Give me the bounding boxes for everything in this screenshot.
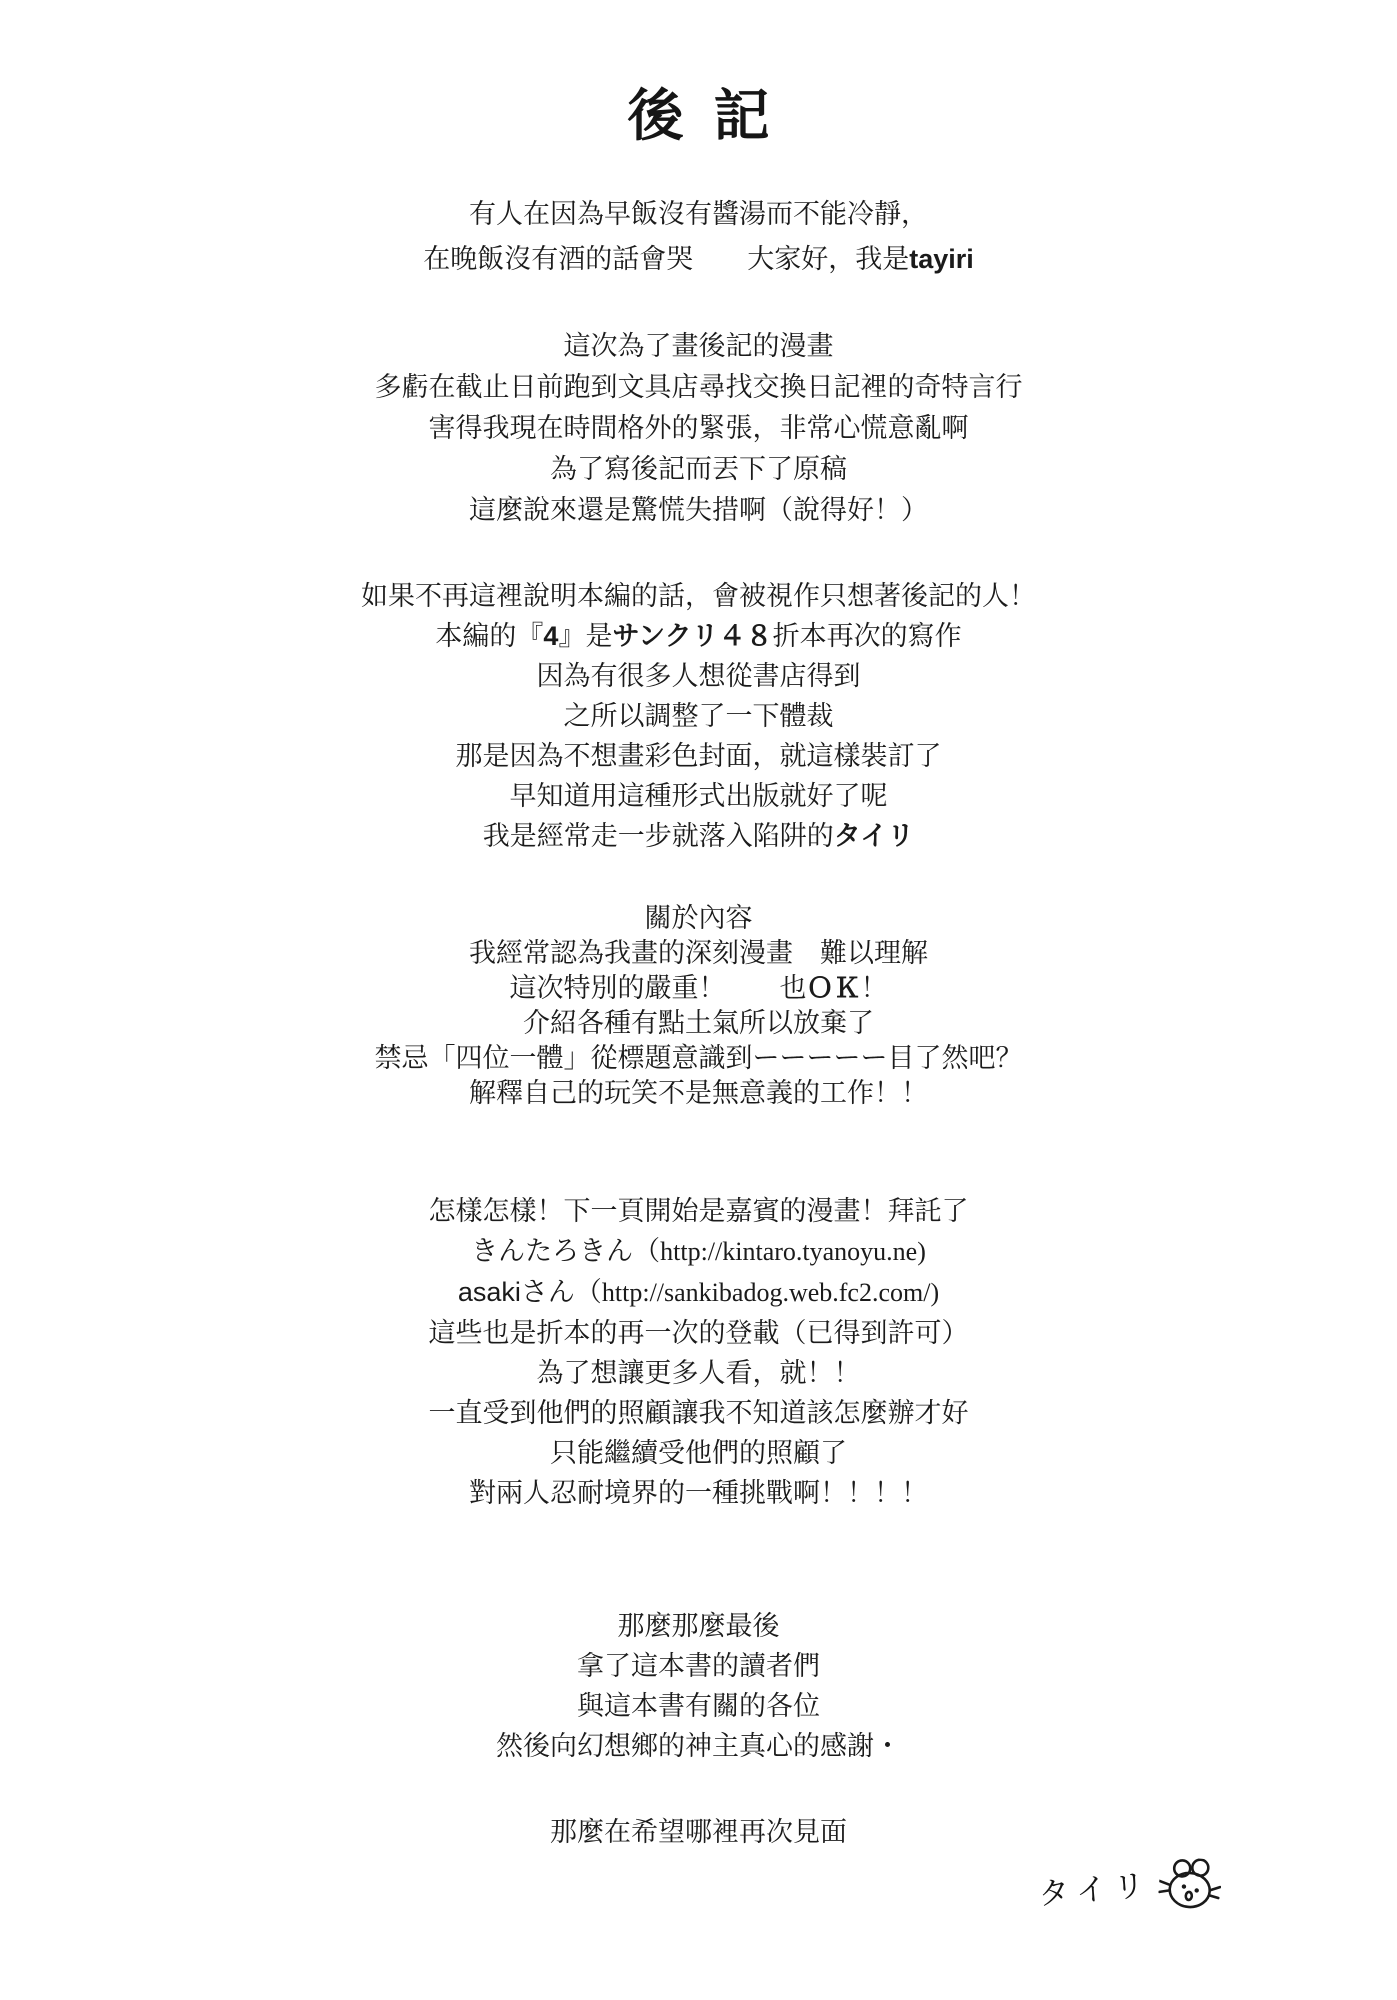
text-segment: 拿了這本書的讀者們: [577, 1651, 820, 1681]
text-segment: 關於內容: [645, 903, 753, 933]
text-line: 之所以調整了一下體裁: [0, 696, 1397, 736]
text-line: 本編的『4』是サンクリ４８折本再次的寫作: [0, 616, 1397, 656]
text-segment: 一直受到他們的照顧讓我不知道該怎麼辦才好: [429, 1398, 969, 1428]
text-line: 一直受到他們的照顧讓我不知道該怎麼辦才好: [0, 1393, 1397, 1433]
text-line: 有人在因為早飯沒有醬湯而不能冷靜，: [0, 192, 1397, 237]
text-segment: 4: [543, 621, 558, 651]
text-segment: 只能繼續受他們的照顧了: [550, 1438, 847, 1468]
text-segment: 本編的『: [435, 621, 543, 651]
text-segment: 為了寫後記而丟下了原稿: [550, 454, 847, 484]
text-line: 關於內容: [0, 901, 1397, 936]
text-segment: 對兩人忍耐境界的一種挑戰啊！！！！: [469, 1478, 928, 1508]
text-segment: 介紹各種有點土氣所以放棄了: [523, 1008, 874, 1038]
text-segment: 早知道用這種形式出版就好了呢: [510, 781, 888, 811]
text-line: 我經常認為我畫的深刻漫畫 難以理解: [0, 936, 1397, 971]
text-line: 禁忌「四位一體」從標題意識到ーーーーー目了然吧？: [0, 1041, 1397, 1076]
text-line: 這次特別的嚴重！ 也ＯＫ！: [0, 971, 1397, 1006]
text-segment: 為了想讓更多人看，就！！: [537, 1358, 861, 1388]
text-segment: asakiさん（: [458, 1277, 602, 1307]
text-segment: ＯＫ: [807, 973, 861, 1003]
text-segment: 那是因為不想畫彩色封面，就這樣裝訂了: [456, 741, 942, 771]
text-line: 多虧在截止日前跑到文具店尋找交換日記裡的奇特言行: [0, 367, 1397, 408]
text-segment: 那麼在希望哪裡再次見面: [550, 1817, 847, 1847]
text-segment: 這次特別的嚴重！ 也: [510, 973, 807, 1003]
text-segment: 然後向幻想鄉的神主真心的感謝・: [496, 1731, 901, 1761]
text-segment: 之所以調整了一下體裁: [564, 701, 834, 731]
text-segment: 這麼說來還是驚慌失措啊（說得好！）: [469, 495, 928, 525]
guest-artists-paragraph: 怎樣怎樣！下一頁開始是嘉賓的漫畫！拜託了きんたろきん（http://kintar…: [0, 1191, 1397, 1513]
text-segment: サンクリ４８: [612, 621, 772, 651]
text-segment: ！: [861, 973, 888, 1003]
main-story-paragraph: 如果不再這裡說明本編的話，會被視作只想著後記的人！本編的『4』是サンクリ４８折本…: [0, 576, 1397, 856]
content-paragraph: 關於內容我經常認為我畫的深刻漫畫 難以理解這次特別的嚴重！ 也ＯＫ！介紹各種有點…: [0, 901, 1397, 1111]
text-line: 那麼那麼最後: [0, 1606, 1397, 1646]
text-segment: http://sankibadog.web.fc2.com/): [602, 1278, 939, 1307]
text-segment: タイリ: [834, 821, 914, 851]
text-segment: 這次為了畫後記的漫畫: [564, 331, 834, 361]
page-title: 後記: [0, 72, 1397, 152]
text-line: 那是因為不想畫彩色封面，就這樣裝訂了: [0, 736, 1397, 776]
text-segment: 如果不再這裡說明本編的話，會被視作只想著後記的人！: [361, 581, 1036, 611]
intro-paragraph: 有人在因為早飯沒有醬湯而不能冷靜，在晚飯沒有酒的話會哭 大家好，我是tayiri: [0, 192, 1397, 282]
text-line: 怎樣怎樣！下一頁開始是嘉賓的漫畫！拜託了: [0, 1191, 1397, 1231]
thanks-paragraph: 那麼那麼最後拿了這本書的讀者們與這本書有關的各位然後向幻想鄉的神主真心的感謝・: [0, 1606, 1397, 1766]
text-segment: 因為有很多人想從書店得到: [537, 661, 861, 691]
text-line: 介紹各種有點土氣所以放棄了: [0, 1006, 1397, 1041]
text-line: 這次為了畫後記的漫畫: [0, 326, 1397, 367]
text-line: 為了寫後記而丟下了原稿: [0, 449, 1397, 490]
farewell-paragraph: 那麼在希望哪裡再次見面: [0, 1812, 1397, 1852]
text-line: asakiさん（http://sankibadog.web.fc2.com/): [0, 1272, 1397, 1313]
signature: タイリ: [1038, 1858, 1221, 1914]
text-segment: 怎樣怎樣！下一頁開始是嘉賓的漫畫！拜託了: [429, 1196, 969, 1226]
mouse-doodle-icon: [1158, 1856, 1224, 1916]
text-segment: 我經常認為我畫的深刻漫畫 難以理解: [469, 938, 928, 968]
signature-name: タイリ: [1036, 1859, 1153, 1914]
text-line: きんたろきん（http://kintaro.tyanoyu.ne): [0, 1231, 1397, 1272]
text-segment: 解釋自己的玩笑不是無意義的工作！！: [469, 1078, 928, 1108]
text-line: 只能繼續受他們的照顧了: [0, 1433, 1397, 1473]
text-line: 與這本書有關的各位: [0, 1686, 1397, 1726]
text-segment: 我是經常走一步就落入陷阱的: [483, 821, 834, 851]
text-segment: 那麼那麼最後: [618, 1611, 780, 1641]
text-line: 為了想讓更多人看，就！！: [0, 1353, 1397, 1393]
afterword-page: 後記 有人在因為早飯沒有醬湯而不能冷靜，在晚飯沒有酒的話會哭 大家好，我是tay…: [0, 0, 1397, 2000]
text-line: 害得我現在時間格外的緊張，非常心慌意亂啊: [0, 408, 1397, 449]
text-line: 然後向幻想鄉的神主真心的感謝・: [0, 1726, 1397, 1766]
text-line: 這些也是折本的再一次的登載（已得到許可）: [0, 1313, 1397, 1353]
text-segment: http://kintaro.tyanoyu.ne): [660, 1237, 926, 1266]
text-segment: 這些也是折本的再一次的登載（已得到許可）: [429, 1318, 969, 1348]
text-segment: 害得我現在時間格外的緊張，非常心慌意亂啊: [429, 413, 969, 443]
text-segment: 有人在因為早飯沒有醬湯而不能冷靜，: [469, 199, 928, 229]
text-segment: きんたろきん（: [471, 1236, 660, 1266]
text-line: 早知道用這種形式出版就好了呢: [0, 776, 1397, 816]
text-line: 拿了這本書的讀者們: [0, 1646, 1397, 1686]
text-segment: 』是: [558, 621, 612, 651]
text-line: 因為有很多人想從書店得到: [0, 656, 1397, 696]
text-segment: 多虧在截止日前跑到文具店尋找交換日記裡的奇特言行: [375, 372, 1023, 402]
text-line: 我是經常走一步就落入陷阱的タイリ: [0, 816, 1397, 856]
text-segment: tayiri: [909, 244, 974, 274]
text-segment: 與這本書有關的各位: [577, 1691, 820, 1721]
text-line: 那麼在希望哪裡再次見面: [0, 1812, 1397, 1852]
text-line: 如果不再這裡說明本編的話，會被視作只想著後記的人！: [0, 576, 1397, 616]
text-line: 解釋自己的玩笑不是無意義的工作！！: [0, 1076, 1397, 1111]
text-line: 這麼說來還是驚慌失措啊（說得好！）: [0, 490, 1397, 531]
text-line: 在晚飯沒有酒的話會哭 大家好，我是tayiri: [0, 237, 1397, 282]
text-segment: 折本再次的寫作: [773, 621, 962, 651]
text-segment: 禁忌「四位一體」從標題意識到ーーーーー目了然吧？: [375, 1043, 1023, 1073]
text-line: 對兩人忍耐境界的一種挑戰啊！！！！: [0, 1473, 1397, 1513]
deadline-paragraph: 這次為了畫後記的漫畫多虧在截止日前跑到文具店尋找交換日記裡的奇特言行害得我現在時…: [0, 326, 1397, 531]
text-segment: 在晚飯沒有酒的話會哭 大家好，我是: [423, 244, 909, 274]
